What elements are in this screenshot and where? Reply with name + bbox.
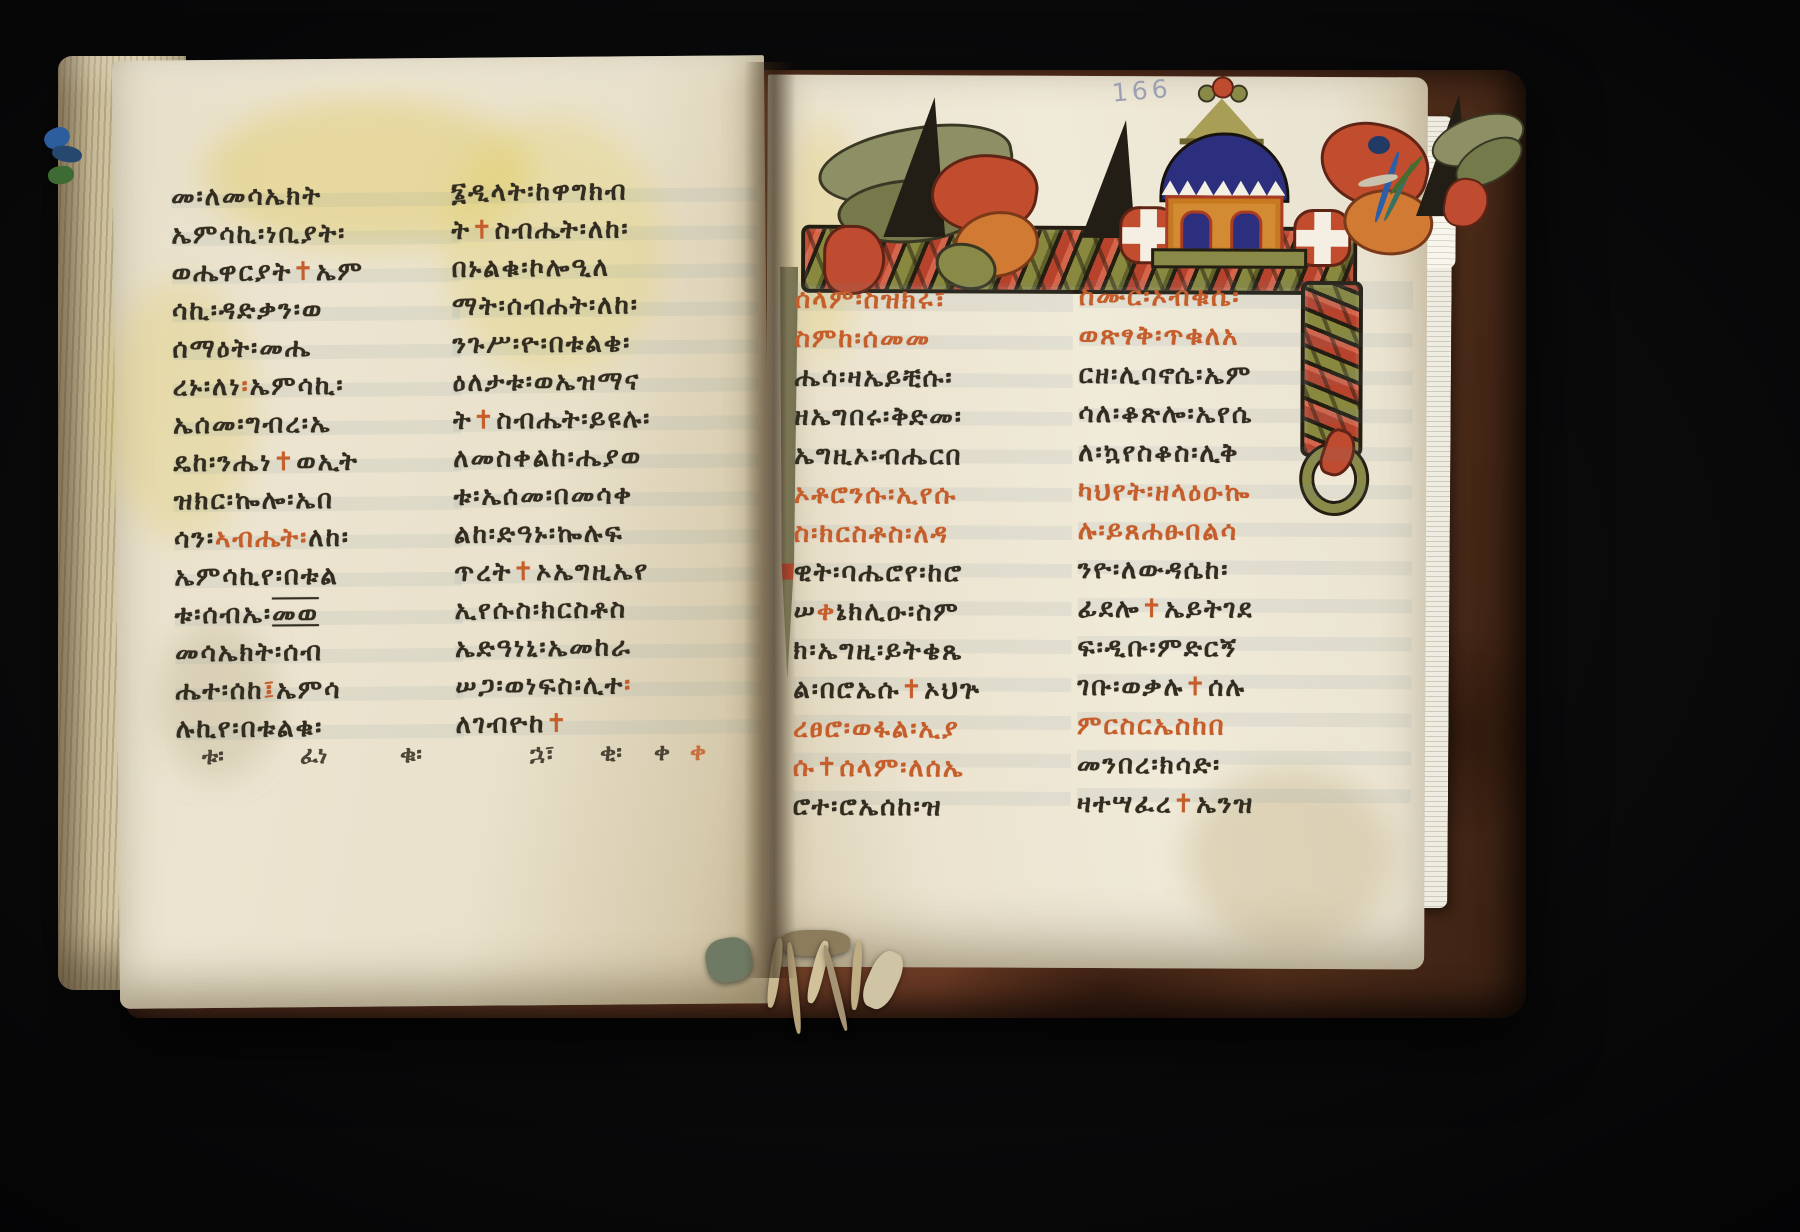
ink-text: ኤይትገደ [1164,594,1253,624]
ink-text: ወኢት [296,447,359,478]
text-line: ል፡በሮኤሱ✝ኦህጕ [793,671,1071,711]
catchword-glyph: ኋ፣ [530,739,555,767]
trefoil-finial [1212,77,1234,99]
page-number-annotation: 166 [1111,74,1173,108]
text-line: ኢየሱስ፡ክርስቶስ [455,589,761,630]
right-page-column-1: ሰላም፡ስዝክሩ፣ስምከ፡ሰመመሔሳ፡ዛኤይቺሱ፡ዘኤግበሩ፡ቅድመ፡ኤግዚኦ፡… [793,281,1073,828]
ink-text: ስብሔት፡ለከ፡ [495,214,630,245]
text-line: ሔሳ፡ዛኤይቺሱ፡ [795,359,1073,399]
text-line: ኤምሳኪ፡ነቢያት፡ [171,214,459,255]
rubric-text: ስ፡ክርስቶስ፡ለዳ [794,519,949,550]
left-page-column-1: መ፡ለመሳኤክትኤምሳኪ፡ነቢያት፡ወሔዋርያት✝ኤምሳኪ፡ዳድቃን፡ወሰማዕት… [171,176,464,748]
rubric-text: ✝ [1184,672,1208,702]
rubric-text: ኣብሔት፡ [215,523,308,554]
catchword-glyph: ቀ [690,738,706,766]
ink-text: ክ፡ኤግዚ፡ይትቄጼ [793,636,963,667]
ink-text: ል፡በሮኤሱ [793,675,900,705]
rubric-text: ✝ [272,447,296,477]
text-line: ሳን፡ኣብሔት፡ለከ፡ [174,518,462,559]
text-line: ፍ፡ዲቡ፡ምድርኝ [1077,629,1411,669]
ink-text: ለ፡ኳየስቆስ፡ሊቅ [1078,438,1239,469]
text-line: ዴከ፡ንሔነ✝ወኢት [173,442,461,483]
ink-text: ሠጋ፡ወነፍስ፡ሊተ [455,670,624,701]
ink-text: ሠ [794,597,817,627]
text-line: ለመስቀልከ፡ሔያወ [453,437,759,478]
ink-text: ረኑ፡ለነ [173,372,242,403]
text-line: መንበረ፡ክሳድ፡ [1077,746,1411,786]
ink-text: ዴከ፡ንሔነ [173,447,272,478]
rubric-text: ✝ [816,753,840,783]
ink-text: ሔተ፡ሰከ [175,676,263,707]
ink-text: ኤምሳ [276,675,341,706]
rubric-text: ሱ [793,753,816,783]
rubric-text: ኦቶሮንሱ፡ኢየሱ [794,480,957,511]
rubric-text: ሉ፡ይጸሐፁበልሳ [1078,516,1238,547]
text-line: ልከ፡ድዓኑ፡ኰሉፍ [454,513,760,554]
ink-text: ወሔዋርያት [172,257,293,288]
text-line: ዝክር፡ኰሎ፡ኤበ [174,480,462,521]
text-line: ሔተ፡ሰከ፤ኤምሳ [175,670,463,711]
text-line: ጥረት✝ኦኤግዚኤየ [454,551,760,592]
rubric-text: ስምከ፡ሰመመ [795,324,931,355]
rubric-text: ✝ [512,557,536,587]
text-line: ረኑ፡ለነ፡ኤምሳኪ፡ [173,366,461,407]
rubric-text: ፡ [241,372,249,402]
text-line: ሠቀኔክሊዑ፡ስም [794,593,1072,633]
text-line: መ፡ለመሳኤክት [171,176,459,217]
ink-text: ኦህጕ [924,675,981,705]
text-line: ሳለ፡ቆጽሎ፡ኤየሴ [1078,395,1412,435]
ink-text: ሉኪየ፡በቱልቁ፡ [176,713,324,744]
ink-text: ሰማዕት፡መሔ [172,333,312,364]
ink-text: መ፡ለመሳኤክት [171,181,322,212]
ink-text: ኤምሳኪየ፡በቱል [174,561,339,592]
rubric-text: ቀ [817,597,837,627]
ink-text: ኢየሱስ፡ክርስቶስ [455,594,628,626]
text-line: በኑልቁ፡ኮሎዒለ [452,247,758,288]
right-page: 166 ሰላም፡ስዝክሩ፣ስምከ፡ሰመመሔሳ፡ዛኤይቺሱ፡ዘኤግበሩ፡ቅድመ፡ኤ… [764,75,1428,970]
ink-text: ሮተ፡ሮኤሰከ፡ዝ [793,792,943,823]
text-line: ርዘ፡ሊባኖሴ፡ኤም [1079,356,1413,396]
text-line: ዕለታቱ፡ወኤዝማና [453,361,759,402]
left-page-column-2: ፮ዲላት፡ከዋግክብት✝ስብሔት፡ለከ፡በኑልቁ፡ኮሎዒለማት፡ሰብሐት፡ለከ፡… [451,171,762,744]
text-line: ሰላም፡ስዝክሩ፣ [795,281,1073,321]
text-line: ኤሰመ፡ግብረ፡ኤ [173,404,461,445]
text-line: ስ፡ክርስቶስ፡ለዳ [794,515,1072,555]
ink-text: ዊት፡ባሔሮየ፡ከሮ [794,558,964,589]
ink-text: ት [453,406,473,436]
rubric-text: ሰላም፡ስዝክሩ፣ [795,285,947,316]
ink-text: ንጉሥ፡ዮ፡በቱልቄ፡ [452,328,631,360]
text-line: ት✝ስብሔት፡ለከ፡ [451,209,757,250]
text-line: ንጉሥ፡ዮ፡በቱልቄ፡ [452,323,758,364]
rubric-text: ✝ [900,675,924,705]
ink-text: ጥረት [454,557,512,588]
text-line: ት✝ስብሔት፡ይዩሉ፡ [453,399,759,440]
rubric-text: ✝ [1141,594,1165,624]
ink-text: ንዮ፡ለውዳሴከ፡ [1078,555,1230,586]
text-line: ክ፡ኤግዚ፡ይትቄጼ [793,632,1071,672]
ink-text: ኤም [316,257,364,287]
rubric-text: ሰላም፡ለሰኤ [840,753,965,784]
left-page: መ፡ለመሳኤክትኤምሳኪ፡ነቢያት፡ወሔዋርያት✝ኤምሳኪ፡ዳድቃን፡ወሰማዕት… [112,55,772,1009]
catchword-glyph: ቁ፡ [400,740,422,768]
ink-text: ዛተሣፈረ [1077,789,1173,819]
ink-text: ዕለታቱ፡ወኤዝማና [453,366,641,398]
ink-text: ኤድዓነኒ፡ኤመከራ [455,632,632,664]
ink-text: ለከ፡ [308,523,350,553]
catchword-glyph: ቂ፡ [600,738,622,766]
pavilion-body [1165,195,1283,256]
rubric-text: ✝ [292,257,316,287]
rubric-text: ✝ [472,406,496,436]
text-line: ወሔዋርያት✝ኤም [172,252,460,293]
catchword-glyph: ቱ፡ [202,742,224,770]
ink-text: ሳን፡ [174,524,215,554]
ink-text: ኦኤግዚኤየ [536,556,649,587]
ink-text: ኤንዝ [1196,789,1254,819]
rubric-text: ረፀሮ፡ወፋል፡ኢያ [793,714,960,745]
text-line: ንዮ፡ለውዳሴከ፡ [1078,551,1412,591]
ink-text: ኤግዚኦ፡ብሔርበ [794,441,962,472]
ink-text: መንበረ፡ክሳድ፡ [1077,750,1221,781]
text-line: ሠጋ፡ወነፍስ፡ሊተ፡ [455,665,761,706]
ink-text: ለመስቀልከ፡ሔያወ [453,442,642,474]
ink-text: ሳኪ፡ዳድቃን፡ወ [172,295,324,326]
right-page-column-2: ስሙር፡ኦብቁሴ፡ወጽፃቅ፡ጥቁለአርዘ፡ሊባኖሴ፡ኤምሳለ፡ቆጽሎ፡ኤየሴለ፡… [1077,278,1413,825]
ink-text: ፮ዲላት፡ከዋግክብ [451,176,628,208]
ink-text: ዘኤግበሩ፡ቅድመ፡ [794,402,963,433]
text-line: ለ፡ኳየስቆስ፡ሊቅ [1078,434,1412,474]
ink-text: ቱ፡ኤሰመ፡በመሳቀ [454,480,634,512]
rubric-text: ✝ [1172,789,1196,819]
ink-text: ሰሉ [1208,672,1246,702]
text-line: ሮተ፡ሮኤሰከ፡ዝ [793,788,1071,828]
text-line: ኤምሳኪየ፡በቱል [174,556,462,597]
catchword-row: ቱ፡ፈነቁ፡ኋ፣ቂ፡ቀቀ [118,737,770,787]
text-line: ኤግዚኦ፡ብሔርበ [794,437,1072,477]
ink-text: ኤምሳኪ፡ነቢያት፡ [171,219,346,251]
rubric-text: ✝ [471,216,495,246]
ink-text: ፊደሎ [1078,594,1141,624]
ink-text: ማት፡ሰብሐት፡ለከ፡ [452,290,639,322]
text-line: ዛተሣፈረ✝ኤንዝ [1077,785,1411,825]
text-line: ረፀሮ፡ወፋል፡ኢያ [793,710,1071,750]
ink-text: ዝክር፡ኰሎ፡ኤበ [174,485,334,516]
bookmark-knot [1368,136,1390,154]
text-line: ኤድዓነኒ፡ኤመከራ [455,627,761,668]
ink-text: ኤምሳኪ፡ [250,371,345,402]
text-line: ሰማዕት፡መሔ [172,328,460,369]
text-line: ስሙር፡ኦብቁሴ፡ [1079,278,1413,318]
text-line: ቱ፡ሰብኤ፡መወ [175,594,463,635]
rubric-text: ካህየት፡ዘላዕዑኰ [1078,477,1251,508]
text-line: ወጽፃቅ፡ጥቁለአ [1079,317,1413,357]
catchword-glyph: ፈነ [300,741,328,769]
domed-pavilion [1151,76,1302,263]
ink-text: ሳለ፡ቆጽሎ፡ኤየሴ [1078,399,1253,430]
catchword-glyph: ቀ [654,738,670,766]
rubric-text: ፡ [624,670,632,700]
text-line: ፊደሎ✝ኤይትገደ [1078,590,1412,630]
text-line: ካህየት፡ዘላዕዑኰ [1078,473,1412,513]
text-line: ሉ፡ይጸሐፁበልሳ [1078,512,1412,552]
text-line: መሳኤክት፡ሰብ [175,632,463,673]
text-line: ቱ፡ኤሰመ፡በመሳቀ [454,475,760,516]
text-line: ገቡ፡ወቃሉ✝ሰሉ [1077,668,1411,708]
text-line: ፮ዲላት፡ከዋግክብ [451,171,757,212]
text-line: ሳኪ፡ዳድቃን፡ወ [172,290,460,331]
ink-text: ገቡ፡ወቃሉ [1077,672,1184,702]
ink-text: ት [451,216,471,246]
ink-text: ፍ፡ዲቡ፡ምድርኝ [1077,633,1237,664]
ink-text: ርዘ፡ሊባኖሴ፡ኤም [1079,360,1253,391]
rubric-text: ስሙር፡ኦብቁሴ፡ [1079,282,1241,313]
manuscript-photo: መ፡ለመሳኤክትኤምሳኪ፡ነቢያት፡ወሔዋርያት✝ኤምሳኪ፡ዳድቃን፡ወሰማዕት… [0,0,1800,1232]
ink-text: መሳኤክት፡ሰብ [175,637,323,668]
text-line: ዊት፡ባሔሮየ፡ከሮ [794,554,1072,594]
text-line: ሱ✝ሰላም፡ለሰኤ [793,749,1071,789]
text-line: ኦቶሮንሱ፡ኢየሱ [794,476,1072,516]
text-line: ዘኤግበሩ፡ቅድመ፡ [794,398,1072,438]
ink-text: ኔክሊዑ፡ስም [836,597,960,628]
ink-text: ኤሰመ፡ግብረ፡ኤ [173,409,332,440]
text-line: ምርስርኤስከበ [1077,707,1411,747]
rubric-text: ምርስርኤስከበ [1077,711,1226,742]
ink-text: ልከ፡ድዓኑ፡ኰሉፍ [454,518,624,549]
ink-text: ስብሔት፡ይዩሉ፡ [496,404,651,435]
rubric-text: ፤ [263,675,276,705]
text-line: ማት፡ሰብሐት፡ለከ፡ [452,285,758,326]
text-line: ስምከ፡ሰመመ [795,320,1073,360]
ink-text: ለገብዮከ [456,709,546,740]
rubric-text: ✝ [545,709,569,739]
pavilion-base [1151,248,1307,269]
ink-text: ሔሳ፡ዛኤይቺሱ፡ [795,363,954,394]
rubric-text: ወጽፃቅ፡ጥቁለአ [1079,321,1240,352]
ink-text: ቱ፡ሰብኤ፡ [175,599,273,630]
ink-text: መወ [272,599,319,629]
ink-text: በኑልቁ፡ኮሎዒለ [452,253,610,284]
